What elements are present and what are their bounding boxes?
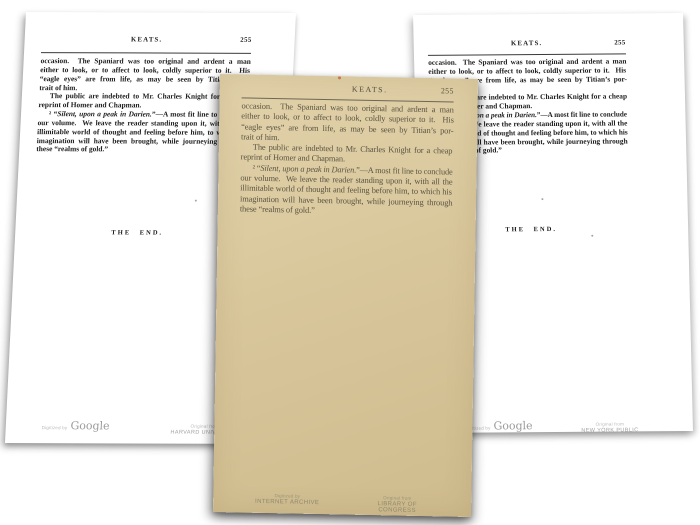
header-rule (41, 52, 251, 54)
dust-speck (541, 198, 543, 200)
text-line: these “realms of gold.” (36, 146, 246, 156)
digitizer-name: INTERNET ARCHIVE (255, 499, 319, 506)
library-name: LIBRARY OF CONGRESS (360, 501, 434, 514)
dust-speck (195, 200, 197, 202)
header-rule (428, 53, 626, 55)
page-scan-library-of-congress: KEATS. 255 occasion. The Spaniard was to… (213, 74, 478, 517)
page-number: 255 (240, 37, 252, 44)
dust-speck (591, 235, 593, 237)
page-body-text: occasion. The Spaniard was too original … (240, 101, 454, 218)
book-scan-collage: KEATS. 255 occasion. The Spaniard was to… (0, 0, 700, 525)
original-from-label: Original from (568, 421, 651, 427)
library-name: NEW YORK PUBLIC LIBRARY (568, 427, 651, 433)
original-from-watermark: Original from NEW YORK PUBLIC LIBRARY (568, 421, 651, 433)
running-head-title: KEATS. (131, 36, 163, 43)
dust-speck (338, 76, 341, 79)
page-number: 255 (614, 39, 626, 46)
running-head: KEATS. 255 (428, 39, 626, 47)
digitized-by-watermark: Digitized byGoogle (41, 416, 110, 434)
running-head: KEATS. 255 (41, 36, 251, 44)
running-head-title: KEATS. (511, 40, 543, 47)
digitized-by-watermark: Digitized by INTERNET ARCHIVE (255, 493, 320, 506)
google-logo: Google (493, 419, 532, 432)
google-logo: Google (70, 419, 110, 432)
running-head: KEATS. 255 (242, 82, 454, 95)
digitized-by-label: Digitized by (42, 425, 68, 430)
digitized-by-watermark: Digitized byGoogle (465, 416, 533, 433)
original-from-watermark: Original from LIBRARY OF CONGRESS (360, 495, 434, 514)
page-number: 255 (441, 86, 454, 95)
running-head-title: KEATS. (352, 85, 388, 95)
the-end-label: THE END. (32, 229, 242, 237)
